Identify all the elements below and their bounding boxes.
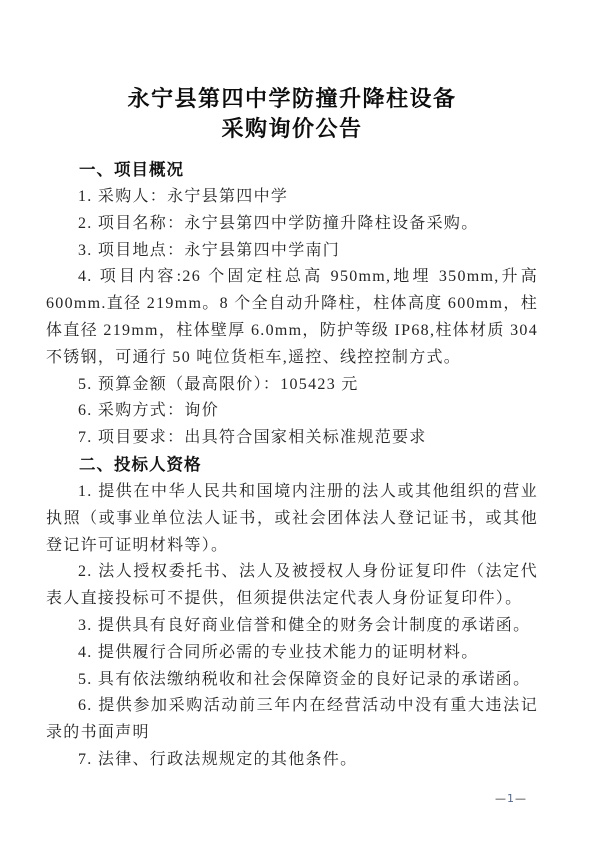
list-item-project-requirement: 7. 项目要求：出具符合国家相关标准规范要求 bbox=[46, 425, 538, 452]
document-content: 永宁县第四中学防撞升降柱设备 采购询价公告 一、项目概况 1. 采购人：永宁县第… bbox=[46, 84, 538, 774]
page-number: —1— bbox=[495, 792, 526, 806]
list-item-qualification-7: 7. 法律、行政法规规定的其他条件。 bbox=[46, 747, 538, 774]
list-item-qualification-3: 3. 提供具有良好商业信誉和健全的财务会计制度的承诺函。 bbox=[46, 613, 538, 640]
list-item-project-name: 2. 项目名称：永宁县第四中学防撞升降柱设备采购。 bbox=[46, 211, 538, 238]
doc-title-line2: 采购询价公告 bbox=[46, 114, 538, 144]
section-heading-project-overview: 一、项目概况 bbox=[46, 157, 538, 184]
list-item-procurement-method: 6. 采购方式：询价 bbox=[46, 398, 538, 425]
title-block: 永宁县第四中学防撞升降柱设备 采购询价公告 bbox=[46, 84, 538, 144]
page-number-dash-right: — bbox=[515, 792, 526, 805]
section-heading-bidder-qualification: 二、投标人资格 bbox=[46, 452, 538, 479]
list-item-qualification-5: 5. 具有依法缴纳税收和社会保障资金的良好记录的承诺函。 bbox=[46, 667, 538, 694]
list-item-budget: 5. 预算金额（最高限价）：105423 元 bbox=[46, 372, 538, 399]
list-item-purchaser: 1. 采购人：永宁县第四中学 bbox=[46, 184, 538, 211]
list-item-project-content: 4. 项目内容:26 个固定柱总高 950mm,地埋 350mm,升高 600m… bbox=[46, 264, 538, 371]
list-item-qualification-6: 6. 提供参加采购活动前三年内在经营活动中没有重大违法记录的书面声明 bbox=[46, 693, 538, 747]
page-number-value: 1 bbox=[506, 792, 515, 805]
doc-title-line1: 永宁县第四中学防撞升降柱设备 bbox=[46, 84, 538, 114]
list-item-project-location: 3. 项目地点：永宁县第四中学南门 bbox=[46, 238, 538, 265]
document-page: 永宁县第四中学防撞升降柱设备 采购询价公告 一、项目概况 1. 采购人：永宁县第… bbox=[0, 0, 597, 848]
page-number-dash-left: — bbox=[495, 792, 506, 805]
list-item-qualification-1: 1. 提供在中华人民共和国境内注册的法人或其他组织的营业执照（或事业单位法人证书… bbox=[46, 479, 538, 559]
list-item-qualification-2: 2. 法人授权委托书、法人及被授权人身份证复印件（法定代表人直接投标可不提供，但… bbox=[46, 559, 538, 613]
list-item-qualification-4: 4. 提供履行合同所必需的专业技术能力的证明材料。 bbox=[46, 640, 538, 667]
